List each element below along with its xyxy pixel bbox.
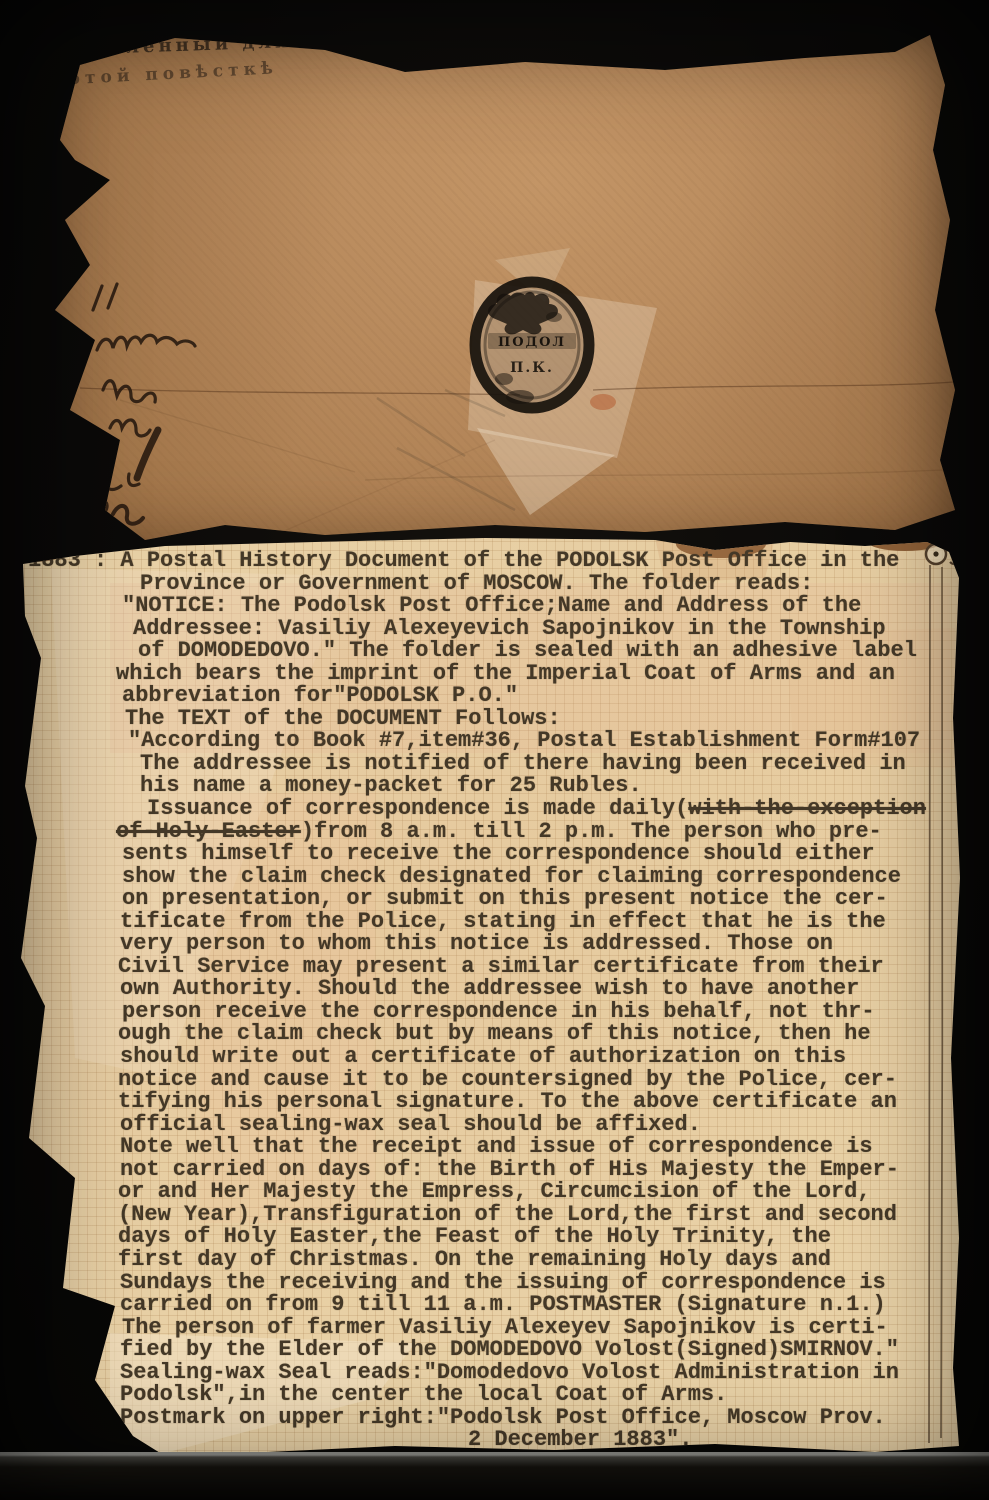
- seal-text-line: ПОДОЛ: [498, 335, 566, 350]
- postal-seal: ПОДОЛ П.К.: [475, 282, 589, 408]
- envelope-remnant: [15, 538, 67, 562]
- margin-hook: [949, 544, 963, 564]
- wax-stain: [590, 394, 616, 410]
- typed-description-page: 1883 : A Postal History Document of the …: [15, 538, 963, 1460]
- table-edge: [0, 1452, 989, 1500]
- margin-rule: [15, 538, 963, 1460]
- handwritten-notes: [87, 284, 195, 545]
- envelope-markings: ПОДОЛ П.К.: [25, 10, 965, 545]
- seal-text-line: П.К.: [510, 360, 554, 376]
- photo-background: новленный для по этой повѣсткѣ: [0, 0, 989, 1500]
- envelope-back: новленный для по этой повѣсткѣ: [25, 10, 965, 545]
